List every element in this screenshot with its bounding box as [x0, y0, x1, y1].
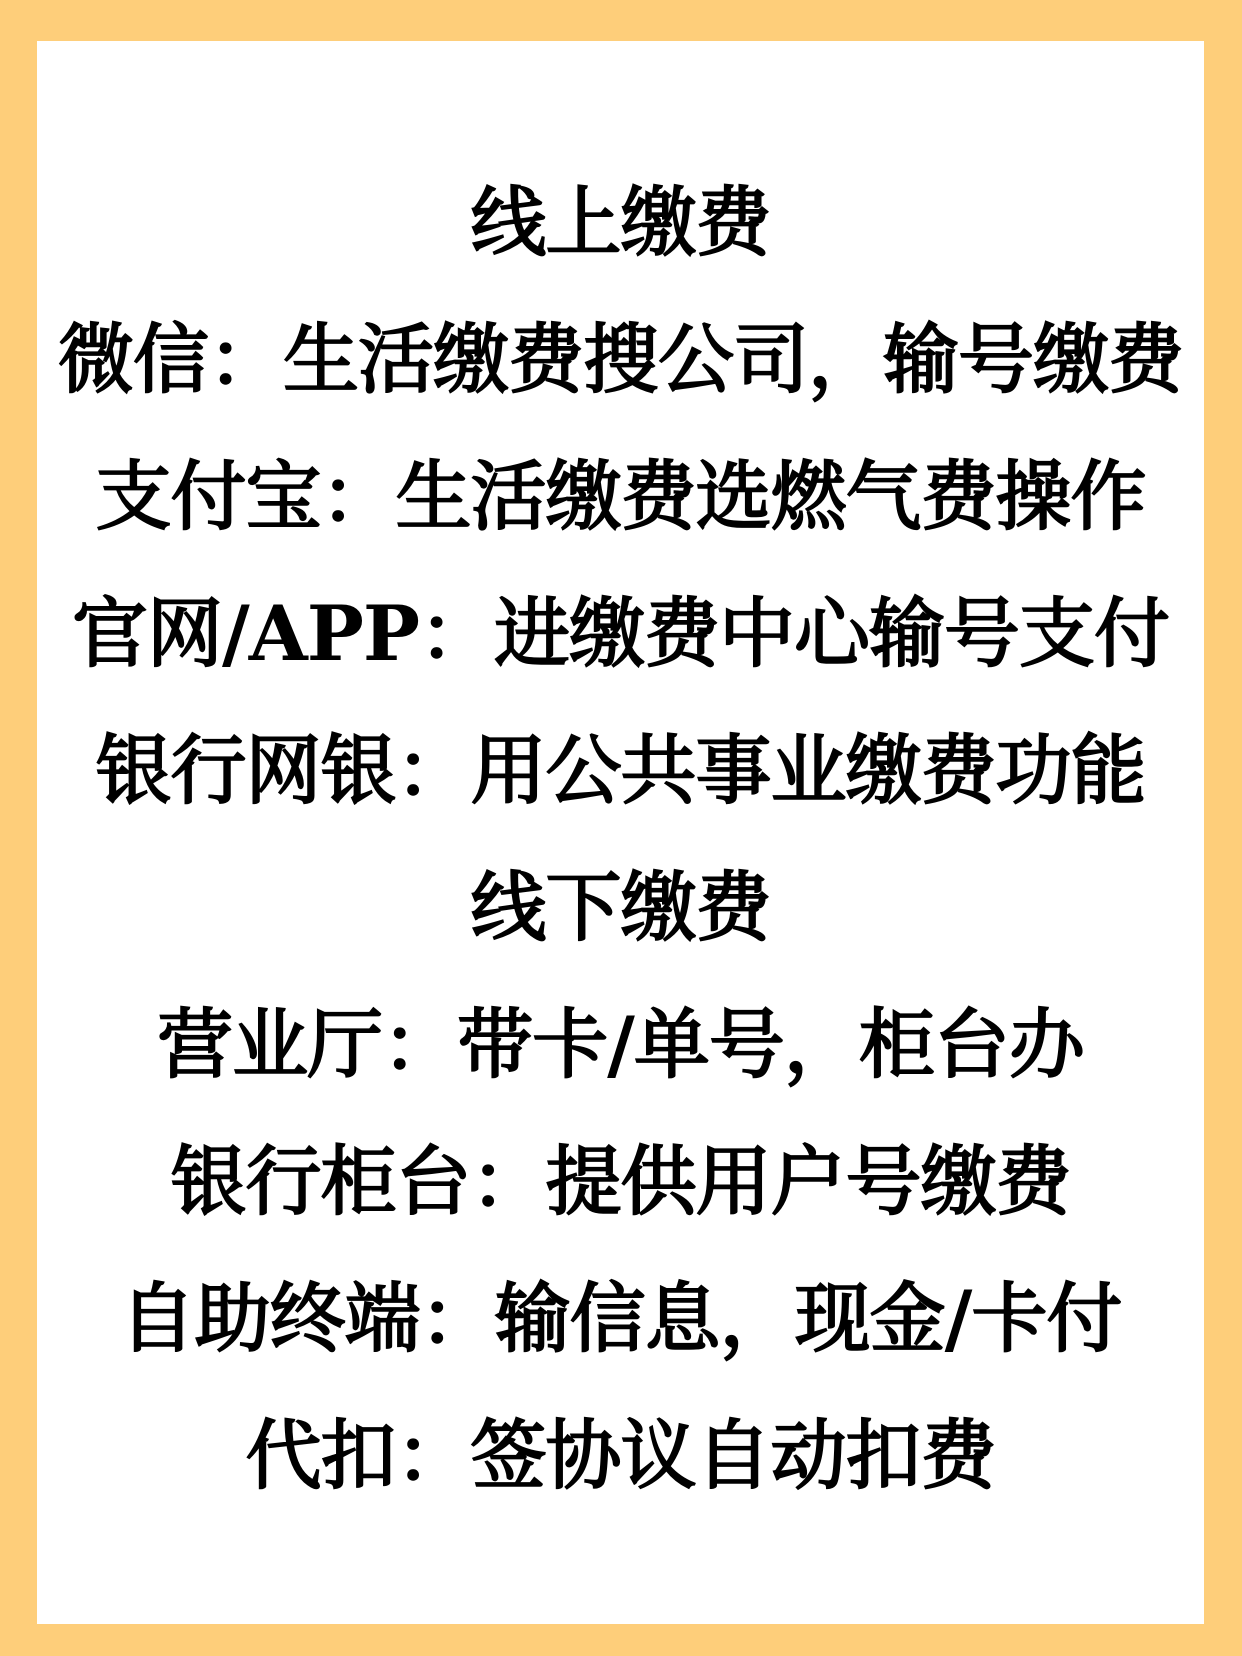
online-item-website-app: 官网/APP：进缴费中心输号支付: [37, 589, 1204, 679]
section-heading-offline: 线下缴费: [37, 863, 1204, 953]
online-item-bank-online: 银行网银：用公共事业缴费功能: [37, 726, 1204, 816]
offline-item-service-hall: 营业厅：带卡/单号，柜台办: [37, 1000, 1204, 1090]
offline-item-auto-debit: 代扣：签协议自动扣费: [37, 1411, 1204, 1501]
online-item-alipay: 支付宝：生活缴费选燃气费操作: [37, 452, 1204, 542]
offline-item-bank-counter: 银行柜台：提供用户号缴费: [37, 1137, 1204, 1227]
section-heading-online: 线上缴费: [37, 178, 1204, 268]
content-card: 线上缴费 微信：生活缴费搜公司，输号缴费 支付宝：生活缴费选燃气费操作 官网/A…: [37, 41, 1204, 1624]
offline-item-self-service: 自助终端：输信息，现金/卡付: [37, 1274, 1204, 1364]
online-item-wechat: 微信：生活缴费搜公司，输号缴费: [37, 315, 1204, 405]
